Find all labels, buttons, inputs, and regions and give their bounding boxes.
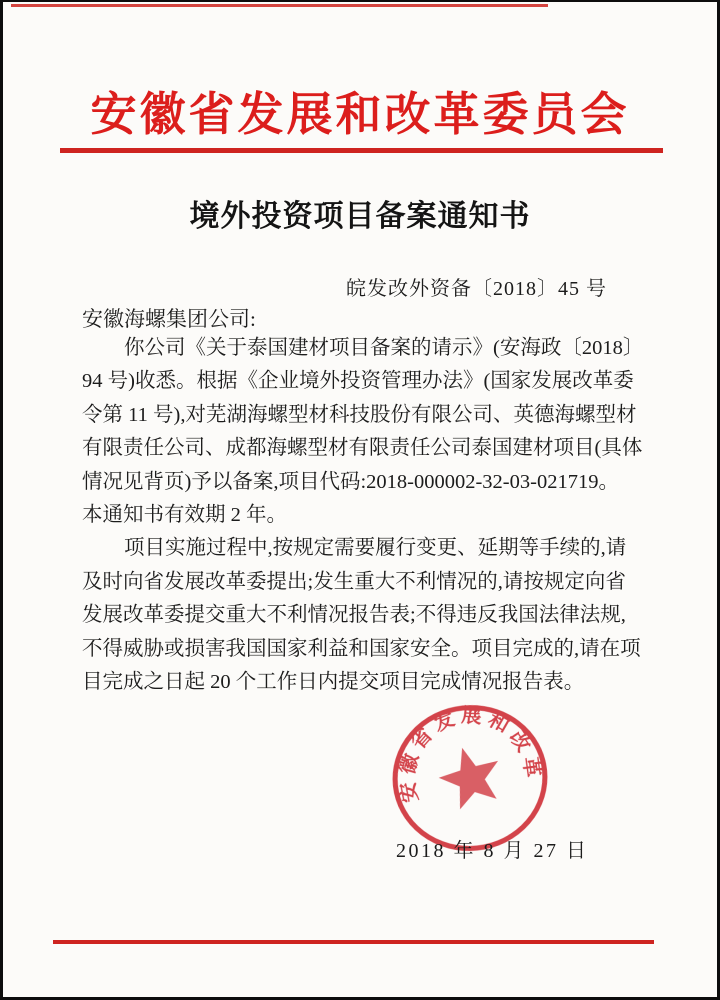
paragraph-line: 令第 11 号),对芜湖海螺型材科技股份有限公司、英德海螺型材 bbox=[82, 399, 652, 432]
paragraph-line: 情况见背页)予以备案,项目代码:2018-000002-32-03-021719… bbox=[82, 466, 652, 499]
top-red-rule bbox=[11, 4, 548, 7]
document-title: 境外投资项目备案通知书 bbox=[3, 191, 717, 235]
star-icon bbox=[436, 744, 503, 811]
paragraph-line: 目完成之日起 20 个工作日内提交项目完成情况报告表。 bbox=[82, 666, 652, 699]
letterhead-agency-name: 安徽省发展和改革委员会 bbox=[3, 78, 717, 144]
document-number: 皖发改外资备〔2018〕45 号 bbox=[346, 272, 607, 301]
salutation: 安徽海螺集团公司: bbox=[82, 303, 256, 333]
paragraph-line: 94 号)收悉。根据《企业境外投资管理办法》(国家发展改革委 bbox=[82, 365, 652, 398]
paragraph-line: 本通知书有效期 2 年。 bbox=[82, 499, 652, 532]
body-text: 你公司《关于泰国建材项目备案的请示》(安海政〔2018〕 94 号)收悉。根据《… bbox=[82, 332, 652, 699]
letterhead-divider-rule bbox=[60, 148, 663, 153]
paragraph-line: 有限责任公司、成都海螺型材有限责任公司泰国建材项目(具体 bbox=[82, 432, 652, 465]
document-date: 2018 年 8 月 27 日 bbox=[396, 834, 589, 863]
paragraph-line: 项目实施过程中,按规定需要履行变更、延期等手续的,请 bbox=[82, 532, 652, 565]
bottom-red-rule bbox=[53, 940, 654, 944]
paragraph-line: 发展改革委提交重大不利情况报告表;不得违反我国法律法规, bbox=[82, 599, 652, 632]
scanned-document-page: 安徽省发展和改革委员会 境外投资项目备案通知书 皖发改外资备〔2018〕45 号… bbox=[0, 0, 720, 1000]
paragraph-line: 你公司《关于泰国建材项目备案的请示》(安海政〔2018〕 bbox=[82, 332, 652, 365]
paragraph-line: 及时向省发展改革委提出;发生重大不利情况的,请按规定向省 bbox=[82, 566, 652, 599]
paragraph-line: 不得威胁或损害我国国家利益和国家安全。项目完成的,请在项 bbox=[82, 633, 652, 666]
